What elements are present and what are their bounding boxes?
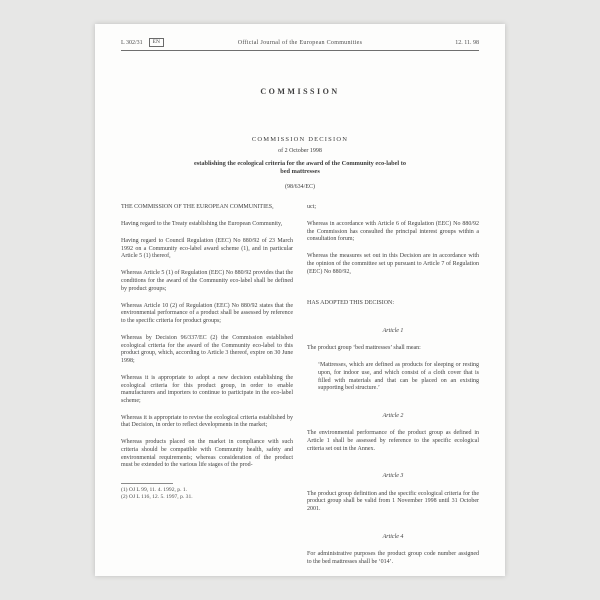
recital: Whereas by Decision 96/337/EC (2) the Co… bbox=[121, 335, 293, 365]
header-rule bbox=[121, 50, 479, 51]
header-page-ref: L 302/31 bbox=[121, 39, 143, 47]
article-1-heading: Article 1 bbox=[307, 328, 479, 336]
recital: Whereas Article 10 (2) of Regulation (EE… bbox=[121, 303, 293, 326]
decision-subject-line-2: bed mattresses bbox=[121, 168, 479, 175]
document-page: L 302/31 EN Official Journal of the Euro… bbox=[95, 24, 505, 576]
decision-subject-line-1: establishing the ecological criteria for… bbox=[121, 160, 479, 167]
two-column-body: THE COMMISSION OF THE EUROPEAN COMMUNITI… bbox=[121, 204, 479, 576]
decision-date: of 2 October 1998 bbox=[121, 148, 479, 154]
footnote: (2) OJ L 116, 12. 5. 1997, p. 31. bbox=[121, 494, 293, 501]
decision-title-block: COMMISSION DECISION of 2 October 1998 es… bbox=[121, 136, 479, 190]
article-1-definition: ‘Mattresses, which are defined as produc… bbox=[318, 362, 479, 392]
footnote: (1) OJ L 99, 11. 4. 1992, p. 1. bbox=[121, 487, 293, 494]
recital-continuation: uct; bbox=[307, 204, 479, 212]
recital: Having regard to Council Regulation (EEC… bbox=[121, 238, 293, 261]
scanned-journal-page: L 302/31 EN Official Journal of the Euro… bbox=[0, 0, 600, 600]
decision-number: (98/634/EC) bbox=[121, 184, 479, 190]
header-language-badge: EN bbox=[149, 38, 164, 47]
article-3-body: The product group definition and the spe… bbox=[307, 491, 479, 514]
enacting-formula: HAS ADOPTED THIS DECISION: bbox=[307, 300, 479, 308]
recital: Whereas it is appropriate to adopt a new… bbox=[121, 375, 293, 405]
header-journal-title: Official Journal of the European Communi… bbox=[211, 39, 389, 47]
recital: Whereas it is appropriate to revise the … bbox=[121, 415, 293, 430]
article-4-body: For administrative purposes the product … bbox=[307, 551, 479, 566]
article-2-heading: Article 2 bbox=[307, 413, 479, 421]
recital: Having regard to the Treaty establishing… bbox=[121, 221, 293, 229]
footnote-rule bbox=[121, 483, 173, 484]
article-4-heading: Article 4 bbox=[307, 534, 479, 542]
recital: Whereas in accordance with Article 6 of … bbox=[307, 221, 479, 244]
recital: THE COMMISSION OF THE EUROPEAN COMMUNITI… bbox=[121, 204, 293, 212]
decision-type: COMMISSION DECISION bbox=[121, 136, 479, 143]
section-heading: COMMISSION bbox=[121, 87, 479, 96]
article-3-heading: Article 3 bbox=[307, 473, 479, 481]
recital: Whereas Article 5 (1) of Regulation (EEC… bbox=[121, 270, 293, 293]
article-1-body: The product group ‘bed mattresses’ shall… bbox=[307, 345, 479, 353]
left-column: THE COMMISSION OF THE EUROPEAN COMMUNITI… bbox=[121, 204, 293, 576]
recital: Whereas products placed on the market in… bbox=[121, 439, 293, 469]
footnotes: (1) OJ L 99, 11. 4. 1992, p. 1. (2) OJ L… bbox=[121, 483, 293, 501]
oj-header: L 302/31 EN Official Journal of the Euro… bbox=[121, 38, 479, 47]
article-2-body: The environmental performance of the pro… bbox=[307, 430, 479, 453]
right-column: uct; Whereas in accordance with Article … bbox=[307, 204, 479, 576]
header-date: 12. 11. 98 bbox=[389, 39, 479, 47]
recital: Whereas the measures set out in this Dec… bbox=[307, 253, 479, 276]
